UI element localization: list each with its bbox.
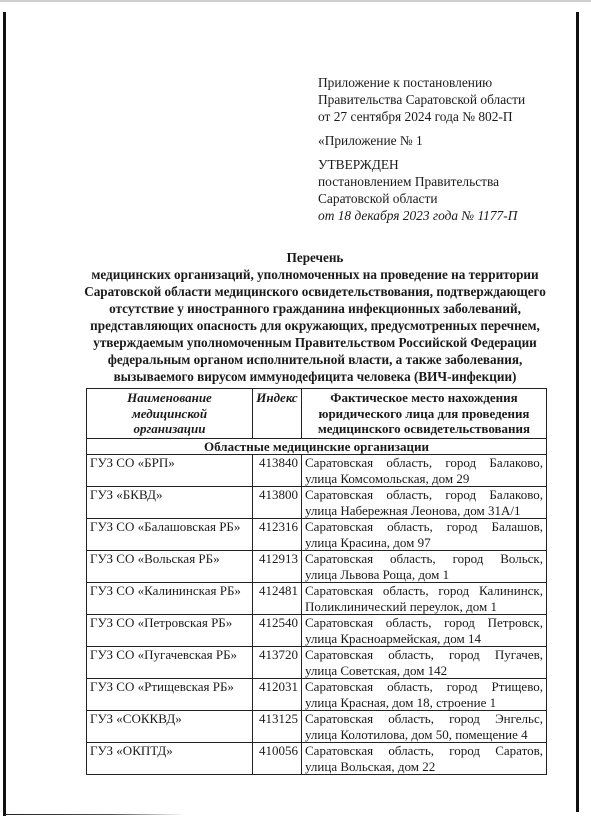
org-name: ГУЗ СО «Пугачевская РБ»	[87, 647, 253, 679]
org-name: ГУЗ СО «Ртищевская РБ»	[87, 679, 253, 711]
org-name: ГУЗ «ОКПТД»	[87, 743, 253, 775]
address-line-1: Саратовская область, город Энгельс,	[305, 711, 543, 727]
title-line: федеральным органом исполнительной власт…	[60, 351, 570, 368]
address-line-2: улица Красноармейская, дом 14	[305, 631, 543, 647]
org-address: Саратовская область, город Балаково, ули…	[302, 487, 547, 519]
org-address: Саратовская область, город Вольск, улица…	[302, 551, 547, 583]
org-index: 412316	[253, 519, 302, 551]
scan-top-edge	[0, 0, 591, 2]
org-address: Саратовская область, город Пугачев, улиц…	[302, 647, 547, 679]
address-line-1: Саратовская область, город Балаково,	[305, 455, 543, 471]
org-address: Саратовская область, город Петровск, ули…	[302, 615, 547, 647]
address-line-1: Саратовская область, город Саратов,	[305, 743, 543, 759]
address-line-2: улица Красная, дом 18, строение 1	[305, 695, 543, 711]
table-row: ГУЗ СО «Вольская РБ» 412913 Саратовская …	[87, 551, 547, 583]
approved-label: УТВЕРЖДЕН	[318, 156, 568, 173]
table-row: ГУЗ СО «Ртищевская РБ» 412031 Саратовска…	[87, 679, 547, 711]
table-row: ГУЗ СО «Пугачевская РБ» 413720 Саратовск…	[87, 647, 547, 679]
title-line: утверждаемым уполномоченным Правительств…	[60, 334, 570, 351]
org-index: 410056	[253, 743, 302, 775]
address-line-2: улица Красина, дом 97	[305, 535, 543, 551]
organizations-table: Наименование медицинской организации Инд…	[86, 388, 547, 775]
column-header-address: Фактическое место нахождения юридическог…	[302, 389, 547, 439]
org-index: 413720	[253, 647, 302, 679]
org-address: Саратовская область, город Балашов, улиц…	[302, 519, 547, 551]
approved-date: от 18 декабря 2023 года № 1177-П	[318, 207, 568, 224]
address-line-1: Саратовская область, город Калининск,	[305, 583, 543, 599]
table-row: ГУЗ «ОКПТД» 410056 Саратовская область, …	[87, 743, 547, 775]
page-edge-right	[576, 12, 579, 812]
section-row: Областные медицинские организации	[87, 438, 547, 455]
address-line-1: Саратовская область, город Ртищево,	[305, 679, 543, 695]
appendix-line: Приложение к постановлению	[318, 74, 568, 91]
approved-line: постановлением Правительства	[318, 173, 568, 190]
title-line: отсутствие у иностранного гражданина инф…	[60, 300, 570, 317]
org-name: ГУЗ «БКВД»	[87, 487, 253, 519]
table-row: ГУЗ СО «БРП» 413840 Саратовская область,…	[87, 455, 547, 487]
org-name: ГУЗ СО «Петровская РБ»	[87, 615, 253, 647]
org-name: ГУЗ СО «Балашовская РБ»	[87, 519, 253, 551]
address-line-2: Поликлинический переулок, дом 1	[305, 599, 543, 615]
approval-block: Приложение к постановлению Правительства…	[318, 74, 568, 224]
org-address: Саратовская область, город Ртищево, улиц…	[302, 679, 547, 711]
org-address: Саратовская область, город Калининск, По…	[302, 583, 547, 615]
appendix-line: от 27 сентября 2024 года № 802-П	[318, 108, 568, 125]
address-line-2: улица Львова Роща, дом 1	[305, 567, 543, 583]
table-row: ГУЗ СО «Балашовская РБ» 412316 Саратовск…	[87, 519, 547, 551]
org-address: Саратовская область, город Энгельс, улиц…	[302, 711, 547, 743]
title-line: вызываемого вирусом иммунодефицита челов…	[60, 368, 570, 385]
org-index: 412913	[253, 551, 302, 583]
document-title: Перечень медицинских организаций, уполно…	[60, 249, 570, 385]
org-index: 413125	[253, 711, 302, 743]
title-line: Саратовской области медицинского освидет…	[60, 283, 570, 300]
table-row: ГУЗ СО «Калининская РБ» 412481 Саратовск…	[87, 583, 547, 615]
address-line-2: улица Колотилова, дом 50, помещение 4	[305, 727, 543, 743]
table-row: ГУЗ «БКВД» 413800 Саратовская область, г…	[87, 487, 547, 519]
address-line-1: Саратовская область, город Балашов,	[305, 519, 543, 535]
org-address: Саратовская область, город Саратов, улиц…	[302, 743, 547, 775]
title-line: представляющих опасность для окружающих,…	[60, 317, 570, 334]
org-name: ГУЗ СО «Вольская РБ»	[87, 551, 253, 583]
page-edge-left	[3, 12, 6, 816]
address-line-1: Саратовская область, город Балаково,	[305, 487, 543, 503]
section-title: Областные медицинские организации	[87, 438, 547, 455]
org-address: Саратовская область, город Балаково, ули…	[302, 455, 547, 487]
address-line-1: Саратовская область, город Вольск,	[305, 551, 543, 567]
address-line-2: улица Советская, дом 142	[305, 663, 543, 679]
address-line-2: улица Вольская, дом 22	[305, 759, 543, 775]
address-line-2: улица Комсомольская, дом 29	[305, 471, 543, 487]
org-name: ГУЗ СО «БРП»	[87, 455, 253, 487]
column-header-index: Индекс	[253, 389, 302, 439]
org-index: 412481	[253, 583, 302, 615]
address-line-1: Саратовская область, город Пугачев,	[305, 647, 543, 663]
org-name: ГУЗ «СОККВД»	[87, 711, 253, 743]
table-row: ГУЗ СО «Петровская РБ» 412540 Саратовска…	[87, 615, 547, 647]
org-name: ГУЗ СО «Калининская РБ»	[87, 583, 253, 615]
appendix-number: «Приложение № 1	[318, 132, 568, 149]
org-index: 413800	[253, 487, 302, 519]
org-index: 412031	[253, 679, 302, 711]
appendix-line: Правительства Саратовской области	[318, 91, 568, 108]
table-row: ГУЗ «СОККВД» 413125 Саратовская область,…	[87, 711, 547, 743]
title-line: медицинских организаций, уполномоченных …	[60, 266, 570, 283]
approved-line: Саратовской области	[318, 190, 568, 207]
org-index: 412540	[253, 615, 302, 647]
org-index: 413840	[253, 455, 302, 487]
page-edge-bottom	[5, 814, 185, 815]
title-heading: Перечень	[60, 249, 570, 266]
table-header-row: Наименование медицинской организации Инд…	[87, 389, 547, 439]
column-header-name: Наименование медицинской организации	[87, 389, 253, 439]
address-line-2: улица Набережная Леонова, дом 31А/1	[305, 503, 543, 519]
address-line-1: Саратовская область, город Петровск,	[305, 615, 543, 631]
